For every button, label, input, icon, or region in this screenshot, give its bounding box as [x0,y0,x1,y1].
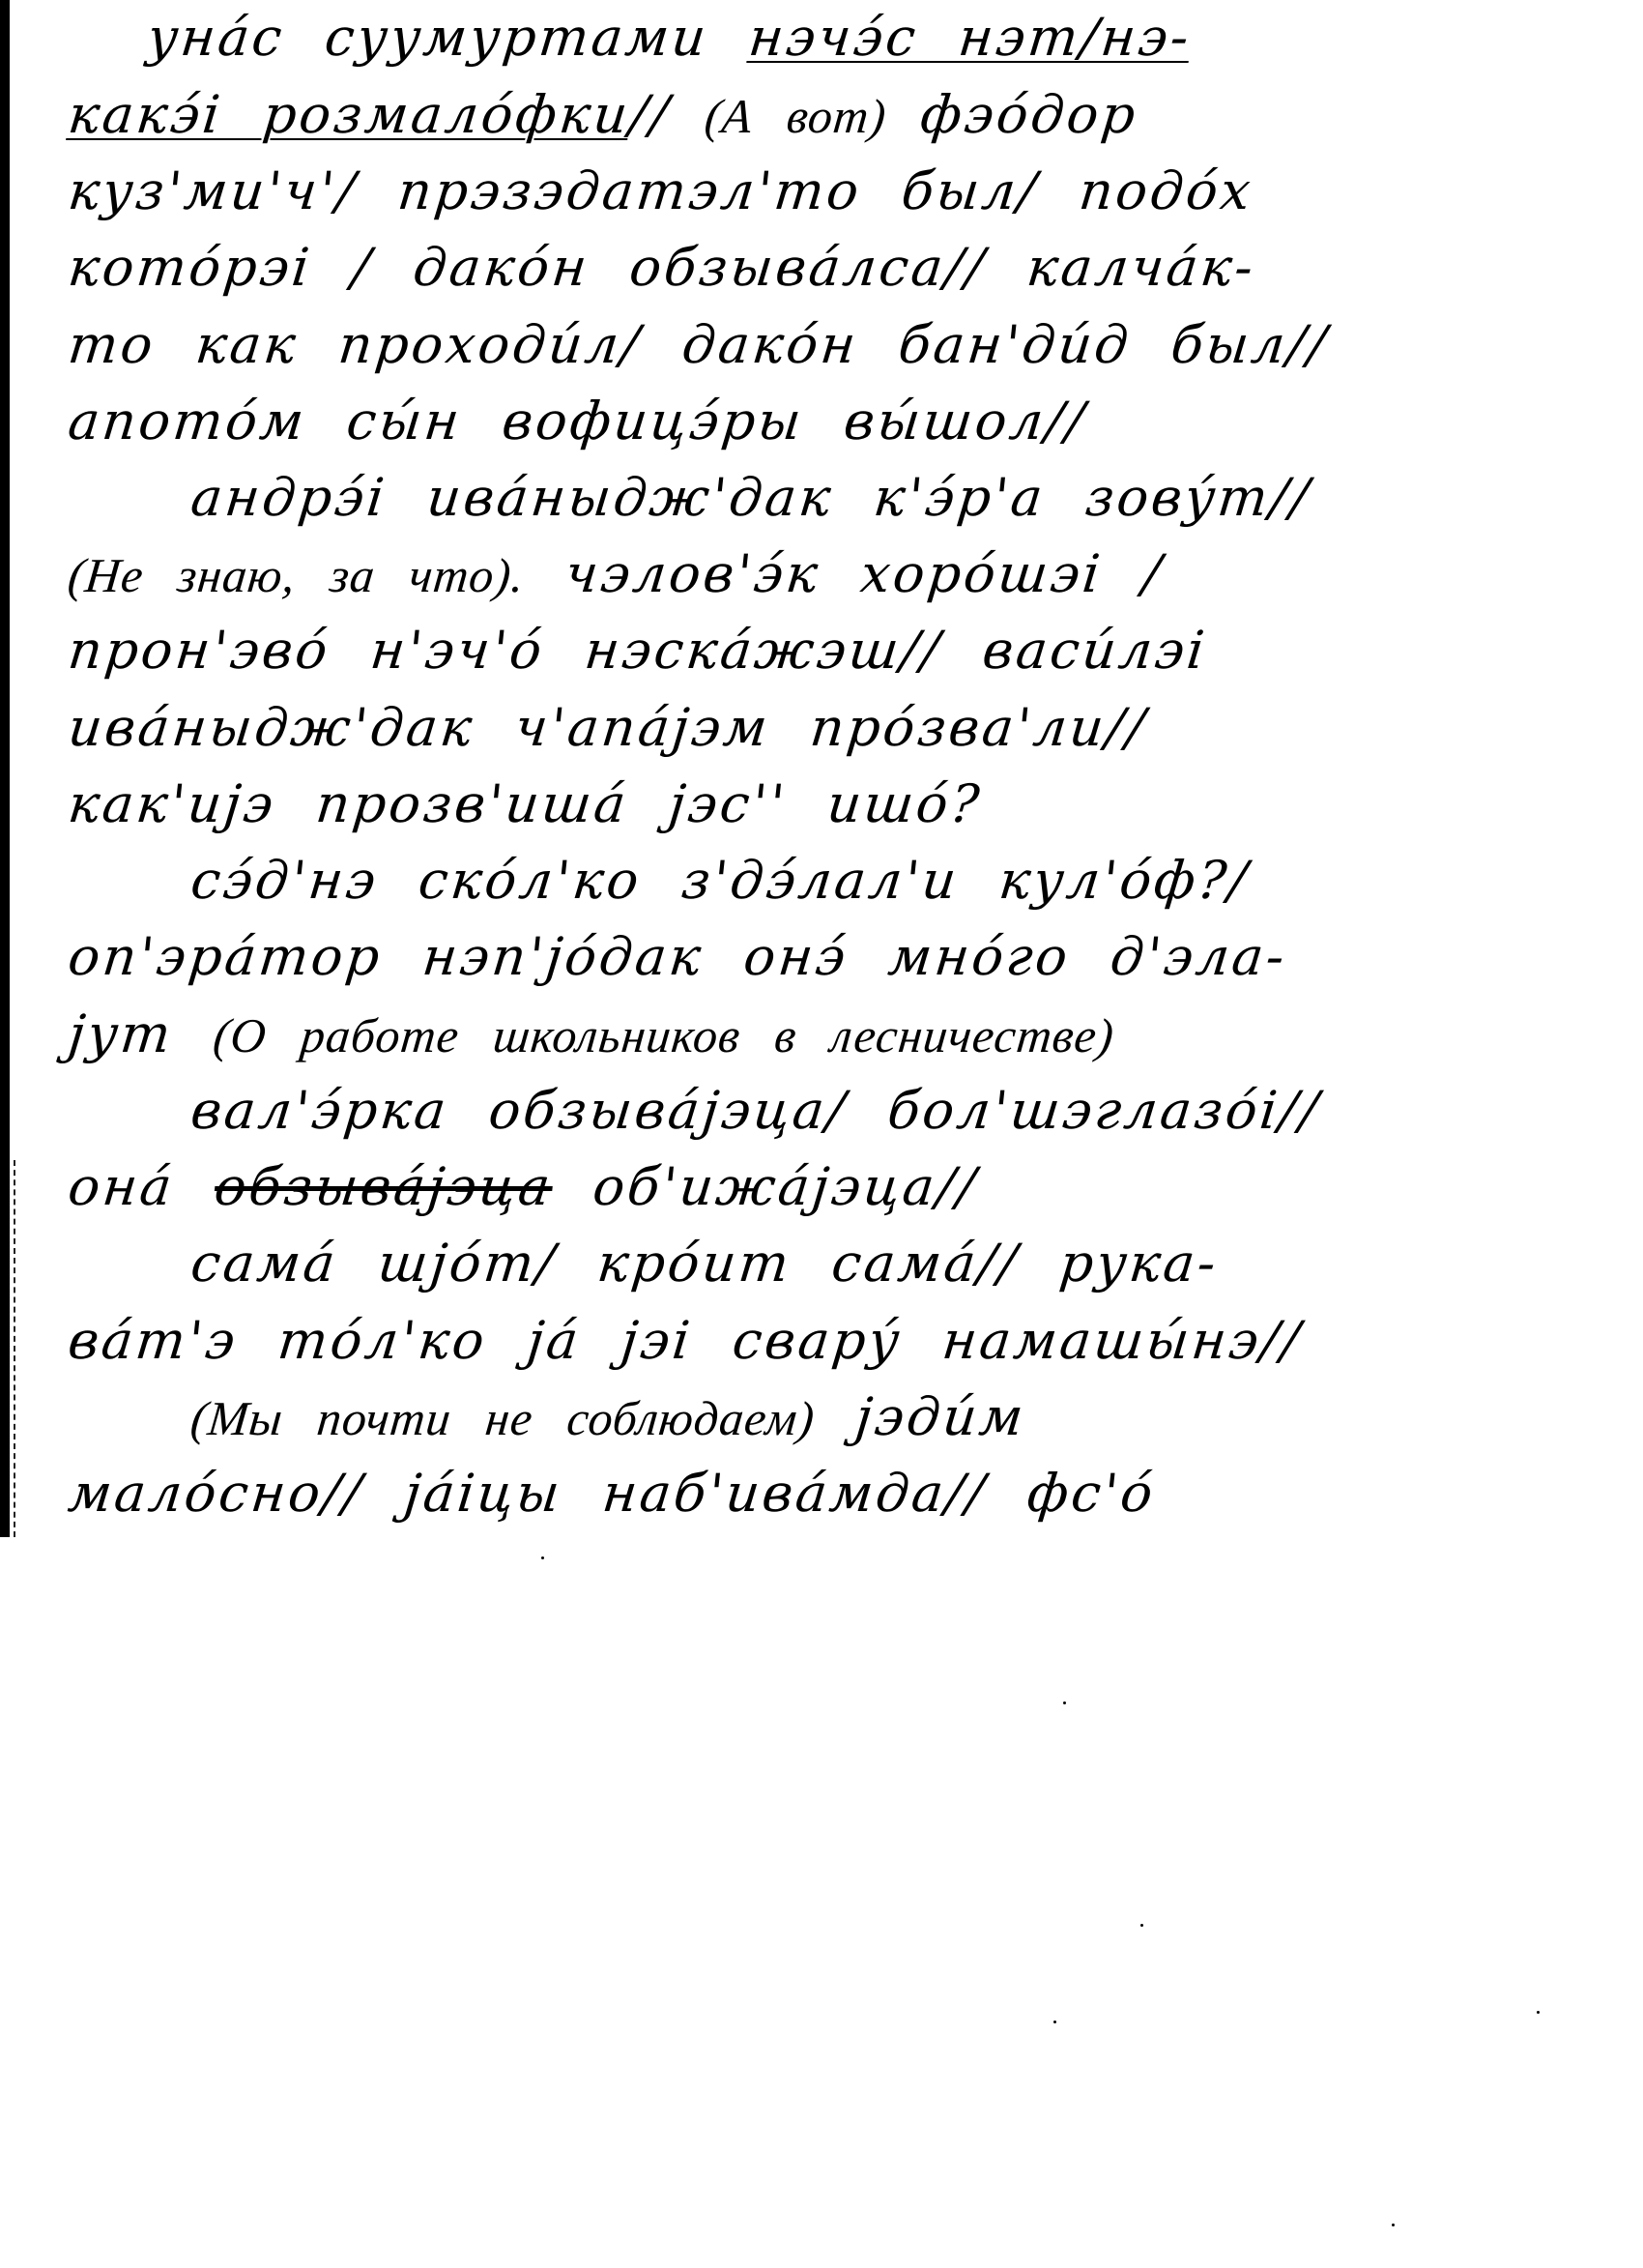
text-line-5: то как проходи́л/ дако́н бан'ди́д был// [66,319,1332,371]
line-16-seg-2-struck-out: обзыва́jэца [212,1156,556,1217]
line-12-seg-1: сэ́д'нэ ско́л'ко з'дэ́лал'и кул'о́ф?/ [188,850,1254,911]
text-line-20: мало́сно// jа́iцы наб'ива́мда// фс'о́ [66,1468,1158,1520]
line-4-seg-1: кото́рэi / дако́н обзыва́лса// калча́к- [66,237,1259,298]
line-9-seg-1: прон'эво́ н'эч'о́ нэска́жэш// васи́лэi [66,620,1210,681]
line-1-seg-1: уна́с суумуртами [145,7,753,68]
line-14-seg-1: jут [66,1003,217,1064]
text-line-19: (Мы почти не соблюдаем) jэди́м [188,1391,1028,1443]
text-line-14: jут (О работе школьников в лесничестве) [66,1008,1117,1061]
line-18-seg-1: ва́т'э то́л'ко jа́ jэi свару́ намашы́нэ/… [66,1310,1306,1371]
text-line-12: сэ́д'нэ ско́л'ко з'дэ́лал'и кул'о́ф?/ [188,855,1253,907]
line-3-seg-1: куз'ми'ч'/ прэзэдатэл'то был/ подо́х [66,160,1256,221]
text-line-15: вал'э́рка обзыва́jэца/ бол'шэглазо́i// [188,1085,1323,1137]
line-8-seg-2: чэлов'э́к хоро́шэi / [522,543,1167,604]
line-13-seg-1: оп'эра́тор нэп'jо́дак онэ́ мно́го д'эла- [66,926,1290,987]
line-19-seg-1-note: (Мы почти не соблюдаем) [188,1391,818,1445]
line-2-seg-4: фэо́дор [918,84,1141,145]
line-6-seg-1: апото́м сы́н вофицэ́ры вы́шол// [66,391,1090,451]
text-line-3: куз'ми'ч'/ прэзэдатэл'то был/ подо́х [66,165,1255,218]
text-line-18: ва́т'э то́л'ко jа́ jэi свару́ намашы́нэ/… [66,1315,1305,1367]
scan-speck [1392,2224,1395,2226]
line-2-seg-3-note: (А вот) [668,89,923,143]
text-line-6: апото́м сы́н вофицэ́ры вы́шол// [66,395,1089,448]
text-line-17: сама́ шjо́т/ кро́ит сама́// рука- [188,1237,1221,1290]
line-1-seg-2-underlined: нэчэ́с нэт/нэ- [746,7,1195,68]
scan-speck [1140,1924,1143,1927]
line-20-seg-1: мало́сно// jа́iцы наб'ива́мда// фс'о́ [66,1463,1159,1524]
text-line-4: кото́рэi / дако́н обзыва́лса// калча́к- [66,242,1258,294]
scan-speck [1063,1701,1066,1704]
line-15-seg-1: вал'э́рка обзыва́jэца/ бол'шэглазо́i// [188,1080,1324,1141]
line-2-seg-2: // [627,84,675,145]
line-8-seg-1-note: (Не знаю, за что). [66,548,528,602]
text-line-16: она́ обзыва́jэца об'ижа́jэца// [66,1161,981,1213]
scan-speck [541,1556,544,1559]
text-line-13: оп'эра́тор нэп'jо́дак онэ́ мно́го д'эла- [66,931,1289,983]
line-16-seg-3: об'ижа́jэца// [549,1156,981,1217]
scan-edge-bar [0,0,10,1537]
text-line-8: (Не знаю, за что). чэлов'э́к хоро́шэi / [66,548,1167,600]
line-16-seg-1: она́ [66,1156,218,1217]
text-line-1: уна́с суумуртами нэчэ́с нэт/нэ- [145,12,1194,64]
text-line-2: какэ́i розмало́фки// (А вот) фэо́дор [66,89,1140,141]
line-19-seg-2: jэди́м [812,1386,1029,1447]
scan-speck [1537,2011,1540,2014]
line-14-seg-2-note: (О работе школьников в лесничестве) [211,1008,1116,1062]
scan-speck [1053,2021,1056,2023]
scan-edge-dashes [14,1160,15,1537]
text-line-7: андрэ́i ива́ныдж'дак к'э́р'а зову́т// [188,472,1314,524]
line-10-seg-1: ива́ныдж'дак ч'апа́jэм про́зва'ли// [66,697,1151,758]
text-line-11: как'иjэ прозв'иша́ jэс'' ишо́? [66,778,984,830]
text-line-10: ива́ныдж'дак ч'апа́jэм про́зва'ли// [66,702,1150,754]
line-5-seg-1: то как проходи́л/ дако́н бан'ди́д был// [66,314,1333,375]
scanned-page: уна́с суумуртами нэчэ́с нэт/нэ- какэ́i р… [0,0,1643,2268]
line-11-seg-1: как'иjэ прозв'иша́ jэс'' ишо́? [66,773,985,834]
line-7-seg-1: андрэ́i ива́ныдж'дак к'э́р'а зову́т// [188,467,1315,528]
line-2-seg-1-underlined: какэ́i розмало́фки [66,84,634,145]
text-line-9: прон'эво́ н'эч'о́ нэска́жэш// васи́лэi [66,625,1209,677]
line-17-seg-1: сама́ шjо́т/ кро́ит сама́// рука- [188,1233,1222,1294]
